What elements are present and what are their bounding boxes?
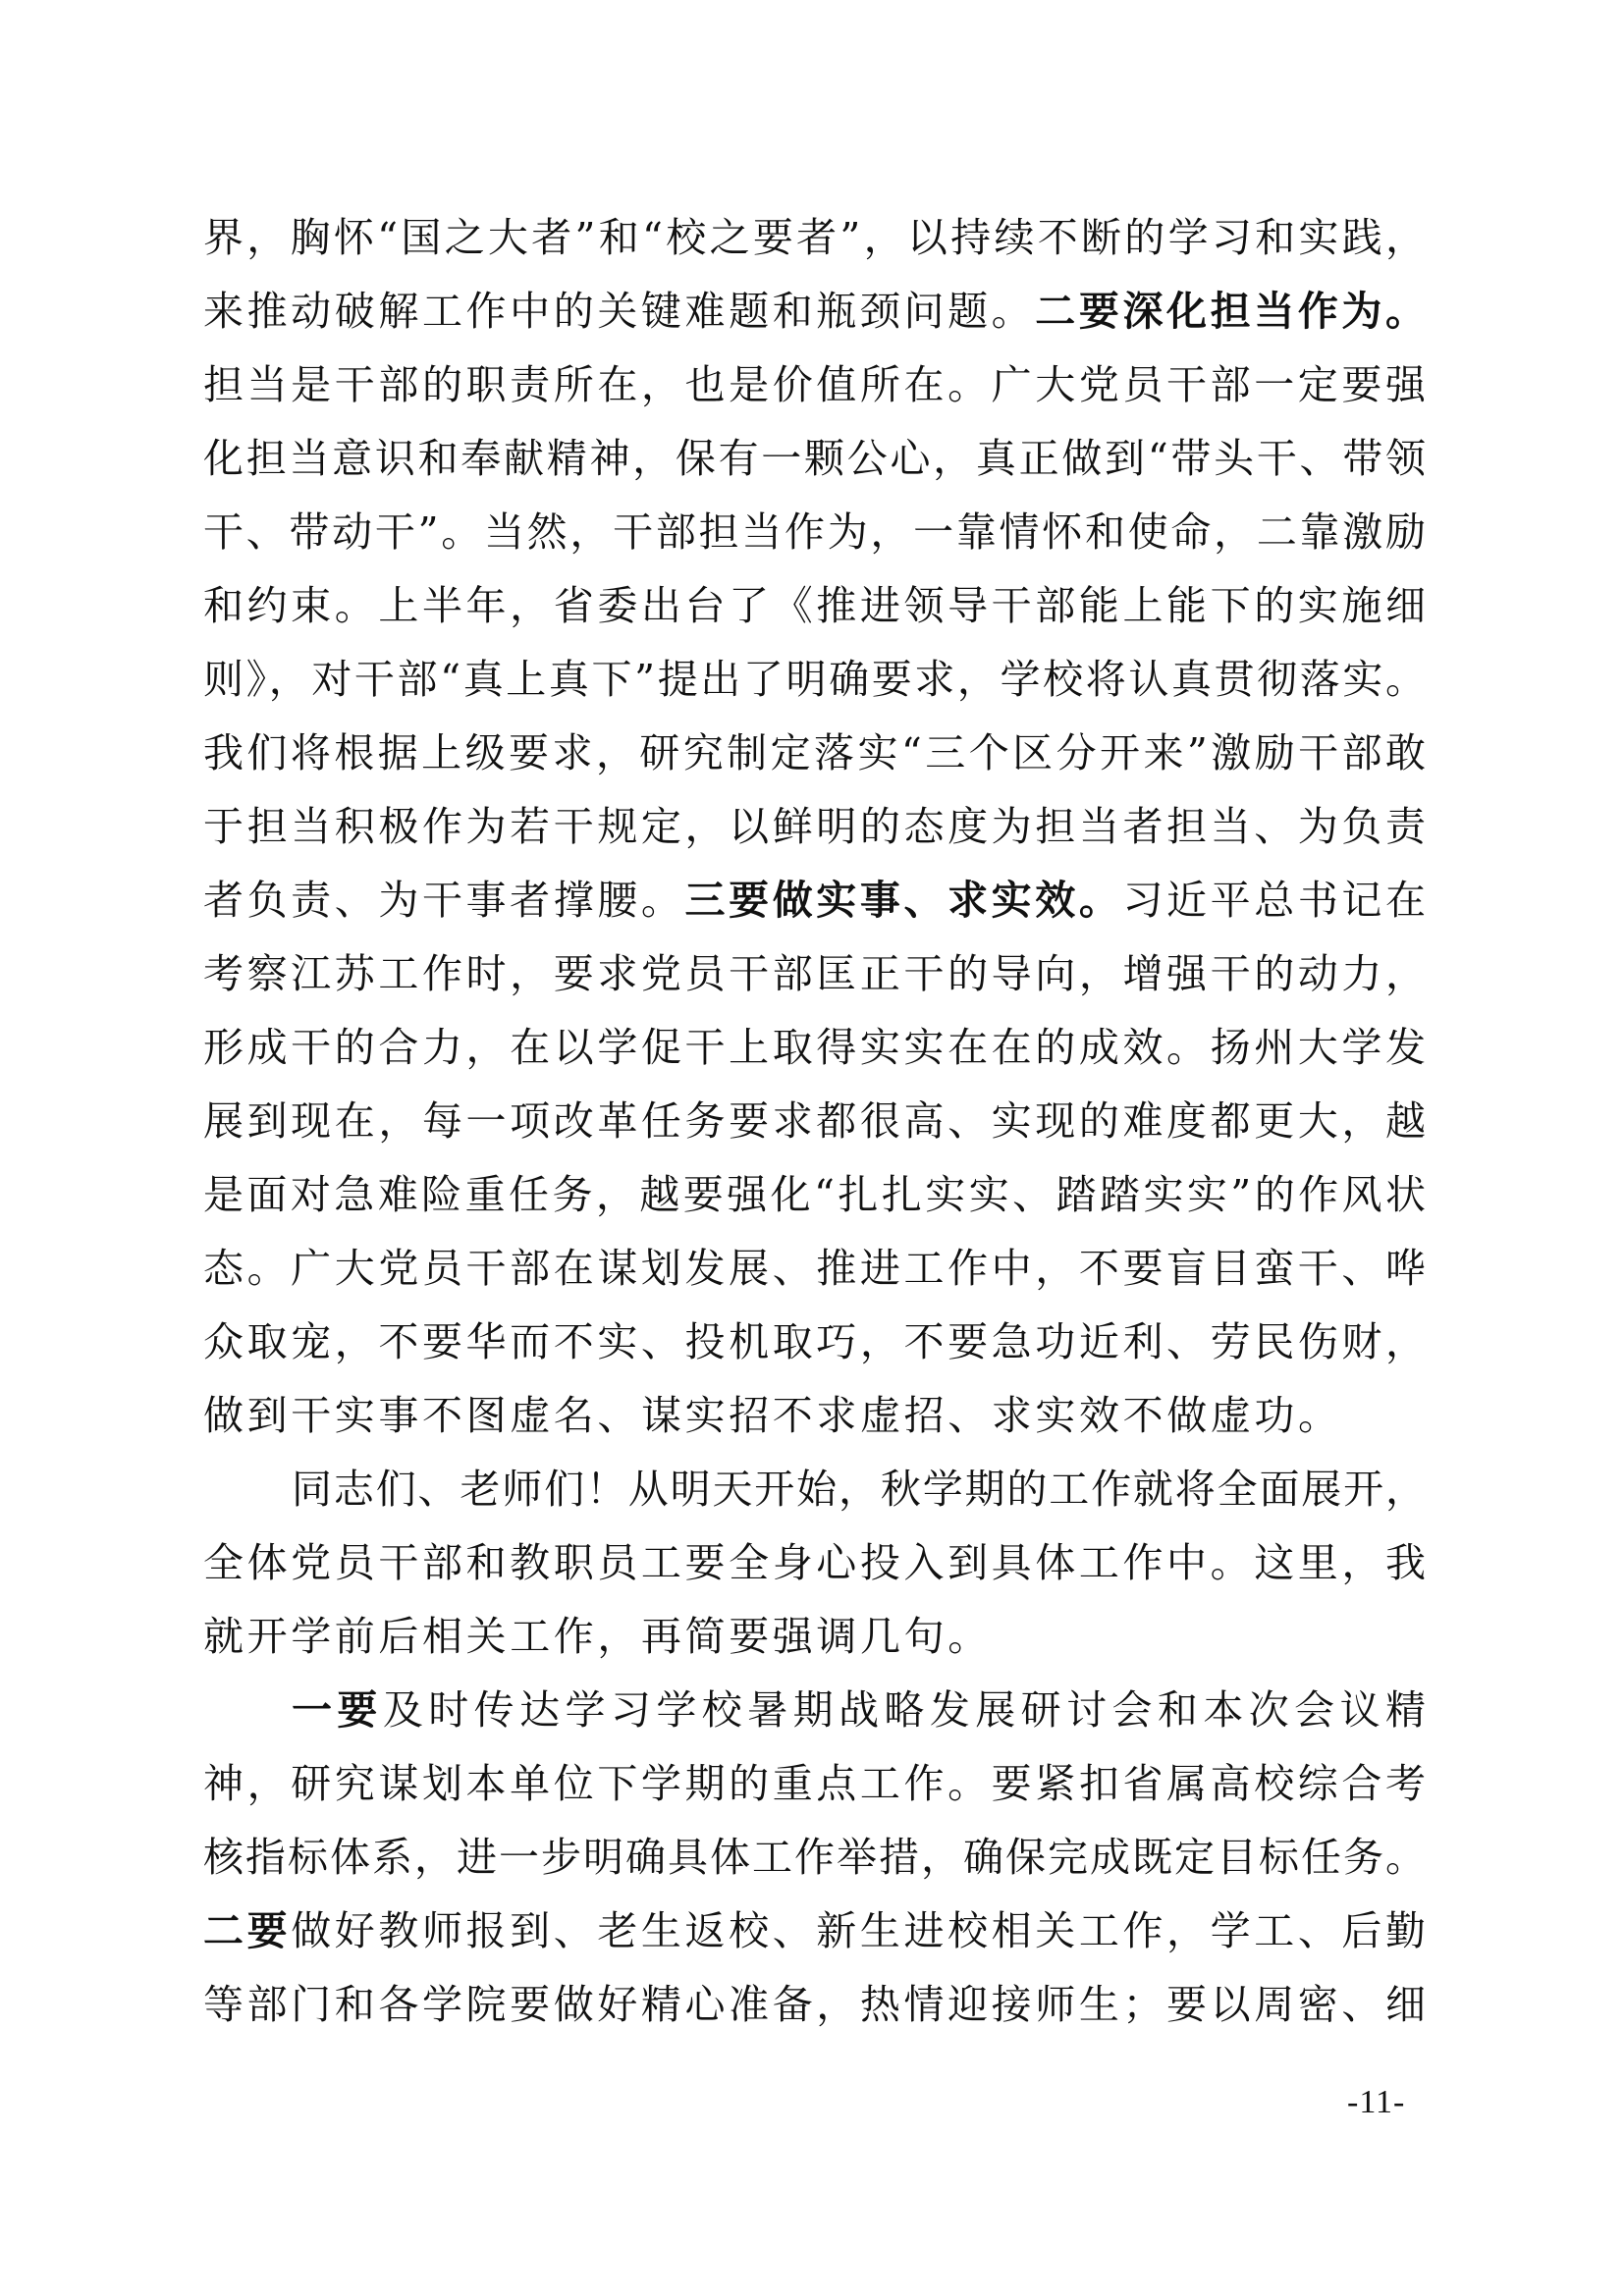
body-text-segment: 等部门和各学院要做好精心准备，热情迎接师生；要以周密、细 xyxy=(203,1981,1426,2028)
body-text-segment: 做到干实事不图虚名、谋实招不求虚招、求实效不做虚功。 xyxy=(203,1392,1342,1439)
body-text-segment: 神，研究谋划本单位下学期的重点工作。要紧扣省属高校综合考 xyxy=(203,1760,1426,1807)
text-line: 二要做好教师报到、老生返校、新生进校相关工作，学工、后勤 xyxy=(203,1901,1426,1975)
emphasis-text: 一要 xyxy=(292,1686,383,1734)
text-line: 做到干实事不图虚名、谋实招不求虚招、求实效不做虚功。 xyxy=(203,1386,1426,1460)
body-text-segment: 就开学前后相关工作，再简要强调几句。 xyxy=(203,1613,992,1660)
body-text-segment: 和约束。上半年，省委出台了《推进领导干部能上能下的实施细 xyxy=(203,582,1426,629)
body-text-segment: 来推动破解工作中的关键难题和瓶颈问题。 xyxy=(203,288,1035,335)
text-line: 界，胸怀“国之大者”和“校之要者”，以持续不断的学习和实践， xyxy=(203,208,1426,282)
body-text-segment: 干、带动干”。当然，干部担当作为，一靠情怀和使命，二靠激励 xyxy=(203,508,1426,556)
text-line: 于担当积极作为若干规定，以鲜明的态度为担当者担当、为负责 xyxy=(203,797,1426,871)
body-text-segment: 同志们、老师们！从明天开始，秋学期的工作就将全面展开， xyxy=(292,1466,1426,1513)
text-line: 神，研究谋划本单位下学期的重点工作。要紧扣省属高校综合考 xyxy=(203,1754,1426,1828)
text-line: 核指标体系，进一步明确具体工作举措，确保完成既定目标任务。 xyxy=(203,1828,1426,1901)
page-number: -11- xyxy=(1347,2083,1405,2122)
text-line: 干、带动干”。当然，干部担当作为，一靠情怀和使命，二靠激励 xyxy=(203,503,1426,576)
text-line: 者负责、为干事者撑腰。三要做实事、求实效。习近平总书记在 xyxy=(203,871,1426,944)
text-line: 我们将根据上级要求，研究制定落实“三个区分开来”激励干部敢 xyxy=(203,723,1426,797)
body-text-segment: 形成干的合力，在以学促干上取得实实在在的成效。扬州大学发 xyxy=(203,1024,1426,1071)
text-line: 形成干的合力，在以学促干上取得实实在在的成效。扬州大学发 xyxy=(203,1018,1426,1092)
emphasis-text: 二要深化担当作为。 xyxy=(1035,288,1426,335)
emphasis-text: 三要做实事、求实效。 xyxy=(685,877,1123,924)
text-line: 则》，对干部“真上真下”提出了明确要求，学校将认真贯彻落实。 xyxy=(203,650,1426,723)
body-text-segment: 态。广大党员干部在谋划发展、推进工作中，不要盲目蛮干、哗 xyxy=(203,1245,1426,1292)
text-line: 全体党员干部和教职员工要全身心投入到具体工作中。这里，我 xyxy=(203,1533,1426,1607)
body-text-segment: 习近平总书记在 xyxy=(1122,877,1426,924)
body-text-segment: 考察江苏工作时，要求党员干部匡正干的导向，增强干的动力， xyxy=(203,950,1426,997)
body-text-segment: 是面对急难险重任务，越要强化“扎扎实实、踏踏实实”的作风状 xyxy=(203,1171,1426,1218)
body-text: 界，胸怀“国之大者”和“校之要者”，以持续不断的学习和实践，来推动破解工作中的关… xyxy=(203,208,1426,2049)
text-line: 化担当意识和奉献精神，保有一颗公心，真正做到“带头干、带领 xyxy=(203,429,1426,503)
text-line: 考察江苏工作时，要求党员干部匡正干的导向，增强干的动力， xyxy=(203,944,1426,1018)
document-page: 界，胸怀“国之大者”和“校之要者”，以持续不断的学习和实践，来推动破解工作中的关… xyxy=(0,0,1624,2296)
text-line: 就开学前后相关工作，再简要强调几句。 xyxy=(203,1607,1426,1681)
body-text-segment: 者负责、为干事者撑腰。 xyxy=(203,877,685,924)
text-line: 是面对急难险重任务，越要强化“扎扎实实、踏踏实实”的作风状 xyxy=(203,1165,1426,1239)
paragraph-first-line: 一要及时传达学习学校暑期战略发展研讨会和本次会议精 xyxy=(203,1681,1426,1754)
body-text-segment: 界，胸怀“国之大者”和“校之要者”，以持续不断的学习和实践， xyxy=(203,214,1426,261)
text-line: 和约束。上半年，省委出台了《推进领导干部能上能下的实施细 xyxy=(203,576,1426,650)
body-text-segment: 展到现在，每一项改革任务要求都很高、实现的难度都更大，越 xyxy=(203,1097,1426,1145)
body-text-segment: 核指标体系，进一步明确具体工作举措，确保完成既定目标任务。 xyxy=(203,1834,1426,1881)
body-text-segment: 全体党员干部和教职员工要全身心投入到具体工作中。这里，我 xyxy=(203,1539,1426,1586)
text-line: 众取宠，不要华而不实、投机取巧，不要急功近利、劳民伤财， xyxy=(203,1312,1426,1386)
body-text-segment: 我们将根据上级要求，研究制定落实“三个区分开来”激励干部敢 xyxy=(203,729,1426,776)
emphasis-text: 二要 xyxy=(203,1907,291,1954)
body-text-segment: 于担当积极作为若干规定，以鲜明的态度为担当者担当、为负责 xyxy=(203,803,1426,850)
text-line: 态。广大党员干部在谋划发展、推进工作中，不要盲目蛮干、哗 xyxy=(203,1239,1426,1312)
body-text-segment: 担当是干部的职责所在，也是价值所在。广大党员干部一定要强 xyxy=(203,361,1426,408)
text-line: 担当是干部的职责所在，也是价值所在。广大党员干部一定要强 xyxy=(203,355,1426,429)
text-line: 来推动破解工作中的关键难题和瓶颈问题。二要深化担当作为。 xyxy=(203,282,1426,355)
text-line: 展到现在，每一项改革任务要求都很高、实现的难度都更大，越 xyxy=(203,1092,1426,1165)
body-text-segment: 众取宠，不要华而不实、投机取巧，不要急功近利、劳民伤财， xyxy=(203,1318,1426,1365)
body-text-segment: 及时传达学习学校暑期战略发展研讨会和本次会议精 xyxy=(383,1686,1426,1734)
text-line: 等部门和各学院要做好精心准备，热情迎接师生；要以周密、细 xyxy=(203,1975,1426,2049)
body-text-segment: 则》，对干部“真上真下”提出了明确要求，学校将认真贯彻落实。 xyxy=(203,656,1426,703)
body-text-segment: 化担当意识和奉献精神，保有一颗公心，真正做到“带头干、带领 xyxy=(203,435,1426,482)
paragraph-first-line: 同志们、老师们！从明天开始，秋学期的工作就将全面展开， xyxy=(203,1460,1426,1533)
body-text-segment: 做好教师报到、老生返校、新生进校相关工作，学工、后勤 xyxy=(291,1907,1426,1954)
